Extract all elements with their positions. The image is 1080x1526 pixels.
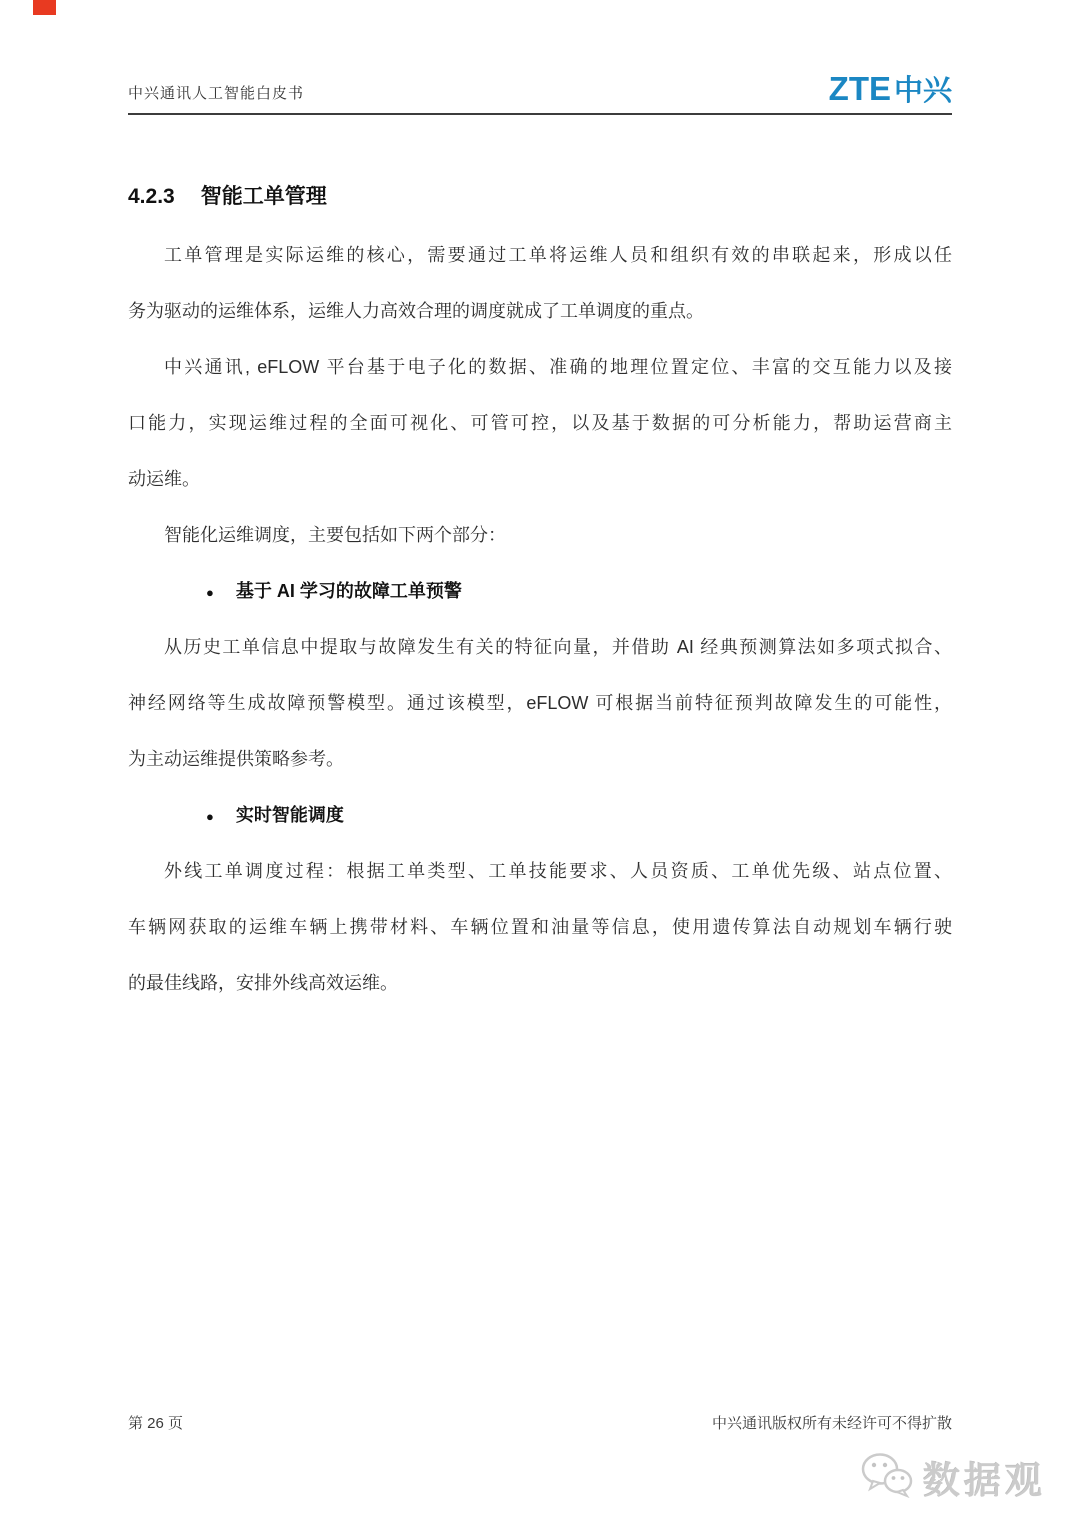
bullet-label: 基于 AI 学习的故障工单预警 [236,581,462,601]
red-corner-mark [33,0,56,15]
bullet-item: ●基于 AI 学习的故障工单预警 [128,563,952,619]
paragraph-line: 的最佳线路，安排外线高效运维。 [128,955,952,1011]
page-header: 中兴通讯人工智能白皮书 ZTE中兴 [128,60,952,115]
bullet-icon: ● [206,585,214,600]
wechat-icon [861,1452,913,1503]
bullet-label: 实时智能调度 [236,805,344,825]
bullet-item: ●实时智能调度 [128,787,952,843]
doc-header-title: 中兴通讯人工智能白皮书 [128,82,304,103]
watermark: 数据观 [861,1450,1046,1504]
paragraph-line: 工单管理是实际运维的核心，需要通过工单将运维人员和组织有效的串联起来，形成以任 [128,227,952,283]
section-title: 智能工单管理 [201,185,327,208]
document-page: 中兴通讯人工智能白皮书 ZTE中兴 4.2.3智能工单管理 工单管理是实际运维的… [0,0,1080,1526]
paragraph-line: 神经网络等生成故障预警模型。通过该模型，eFLOW 可根据当前特征预判故障发生的… [128,675,952,731]
zte-logo-latin: ZTE [829,70,891,107]
page-number: 第 26 页 [128,1412,183,1433]
watermark-label: 数据观 [923,1450,1046,1504]
zte-logo-cn: 中兴 [894,75,952,107]
paragraph-line: 外线工单调度过程：根据工单类型、工单技能要求、人员资质、工单优先级、站点位置、 [128,843,952,899]
paragraph-line: 车辆网获取的运维车辆上携带材料、车辆位置和油量等信息，使用遗传算法自动规划车辆行… [128,899,952,955]
section-heading: 4.2.3智能工单管理 [128,180,327,210]
paragraph-line: 为主动运维提供策略参考。 [128,731,952,787]
paragraph-line: 务为驱动的运维体系，运维人力高效合理的调度就成了工单调度的重点。 [128,283,952,339]
copyright-notice: 中兴通讯版权所有未经许可不得扩散 [712,1412,952,1433]
paragraph-line: 口能力，实现运维过程的全面可视化、可管可控，以及基于数据的可分析能力，帮助运营商… [128,395,952,451]
paragraph-line: 动运维。 [128,451,952,507]
paragraph-line: 智能化运维调度，主要包括如下两个部分： [128,507,952,563]
page-footer: 第 26 页 中兴通讯版权所有未经许可不得扩散 [128,1408,952,1436]
paragraph-line: 从历史工单信息中提取与故障发生有关的特征向量，并借助 AI 经典预测算法如多项式… [128,619,952,675]
zte-logo: ZTE中兴 [829,68,952,109]
bullet-icon: ● [206,809,214,824]
paragraph-line: 中兴通讯, eFLOW 平台基于电子化的数据、准确的地理位置定位、丰富的交互能力… [128,339,952,395]
body-content: 工单管理是实际运维的核心，需要通过工单将运维人员和组织有效的串联起来，形成以任 … [128,227,952,1011]
section-number: 4.2.3 [128,185,175,208]
